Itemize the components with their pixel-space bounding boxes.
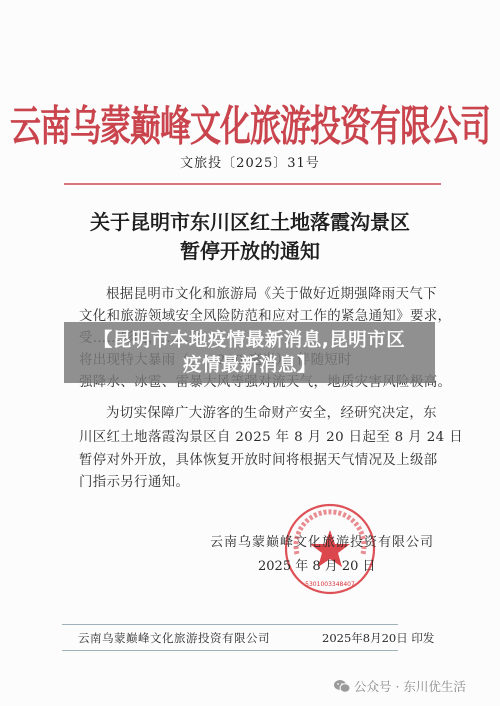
source-watermark: 公众号 · 东川优生活 <box>334 677 466 695</box>
banner-line-2: 疫情最新消息】 <box>183 353 316 378</box>
headline-overlay-banner: 【昆明市本地疫情最新消息,昆明市区 疫情最新消息】 <box>64 322 435 383</box>
svg-text:5301003348407: 5301003348407 <box>305 581 355 588</box>
body-line: 门指示另行通知。 <box>79 471 189 490</box>
wechat-icon <box>334 679 350 693</box>
notice-heading-line-1: 关于昆明市东川区红土地落霞沟景区 <box>0 206 500 235</box>
body-line: 川区红土地落霞沟景区自 2025 年 8 月 20 日起至 8 月 24 日 <box>79 426 463 445</box>
banner-line-1: 【昆明市本地疫情最新消息,昆明市区 <box>94 328 406 353</box>
red-divider <box>64 183 441 185</box>
footer-issue-date: 2025年8月20日 印发 <box>322 630 434 646</box>
document-page: 云南乌蒙巅峰文化旅游投资有限公司 文旅投〔2025〕31号 关于昆明市东川区红土… <box>0 0 500 706</box>
footer-rule-top <box>62 624 398 625</box>
signature-date: 2025 年 8 月 20 日 <box>258 555 376 574</box>
footer-org: 云南乌蒙巅峰文化旅游投资有限公司 <box>78 630 270 646</box>
footer-rule-bottom <box>62 650 398 651</box>
signature-org: 云南乌蒙巅峰文化旅游投资有限公司 <box>210 531 434 550</box>
notice-heading-line-2: 暂停开放的通知 <box>0 235 500 264</box>
body-line: 根据昆明市文化和旅游局《关于做好近期强降雨天气下 <box>106 283 437 302</box>
body-line: 暂停对外开放，具体恢复开放时间将根据天气情况及上级部 <box>79 449 438 468</box>
doc-number: 文旅投〔2025〕31号 <box>0 152 500 171</box>
watermark-text: 公众号 · 东川优生活 <box>354 677 466 695</box>
body-line: 为切实保障广大游客的生命财产安全，经研究决定，东 <box>106 402 437 421</box>
org-title: 云南乌蒙巅峰文化旅游投资有限公司 <box>0 92 500 153</box>
